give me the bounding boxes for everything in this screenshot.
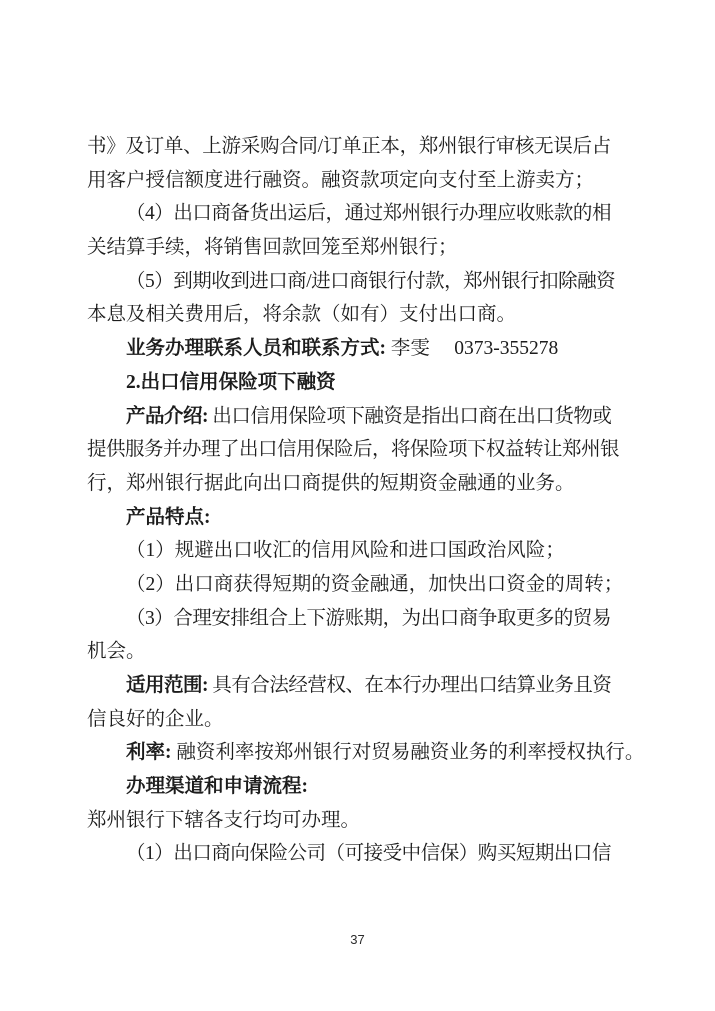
text-line: （3）合理安排组合上下游账期，为出口商争取更多的贸易 [87, 602, 611, 636]
text-line-inner: （1）规避出口收汇的信用风险和进口国政治风险； [126, 540, 565, 561]
text-segment-bold: 办理渠道和申请流程: [126, 776, 308, 797]
text-line: 关结算手续，将销售回款回笼至郑州银行； [87, 231, 611, 265]
text-line: （2）出口商获得短期的资金融通，加快出口资金的周转； [87, 568, 611, 602]
text-segment: 出口信用保险项下融资是指出口商在出口货物或 [208, 406, 611, 427]
text-segment-bold: 适用范围: [126, 675, 208, 696]
text-line-inner: 产品介绍: 出口信用保险项下融资是指出口商在出口货物或 [126, 406, 611, 427]
text-line-inner: （1）出口商向保险公司（可接受中信保）购买短期出口信 [126, 843, 611, 864]
text-line: （1）出口商向保险公司（可接受中信保）购买短期出口信 [87, 837, 611, 871]
text-segment: （4）出口商备货出运后，通过郑州银行办理应收账款的相 [126, 203, 611, 224]
text-line: 用客户授信额度进行融资。融资款项定向支付至上游卖方； [87, 164, 611, 198]
text-segment-bold: 业务办理联系人员和联系方式: [126, 338, 386, 359]
text-line-inner: 利率: 融资利率按郑州银行对贸易融资业务的利率授权执行。 [126, 742, 644, 763]
text-line: 本息及相关费用后，将余款（如有）支付出口商。 [87, 298, 611, 332]
text-line-inner: 2.出口信用保险项下融资 [126, 372, 336, 393]
text-line-inner: 机会。 [87, 641, 146, 662]
text-segment: （5）到期收到进口商/进口商银行付款，郑州银行扣除融资 [126, 271, 615, 292]
text-segment: 郑州银行下辖各支行均可办理。 [87, 810, 360, 831]
text-segment: （1）出口商向保险公司（可接受中信保）购买短期出口信 [126, 843, 611, 864]
text-line-inner: （5）到期收到进口商/进口商银行付款，郑州银行扣除融资 [126, 271, 615, 292]
text-segment: 用客户授信额度进行融资。融资款项定向支付至上游卖方； [87, 170, 594, 191]
text-line-inner: 用客户授信额度进行融资。融资款项定向支付至上游卖方； [87, 170, 594, 191]
text-line: 产品特点: [87, 501, 611, 535]
text-line-inner: （2）出口商获得短期的资金融通，加快出口资金的周转； [126, 574, 623, 595]
document-page: 书》及订单、上游采购合同/订单正本，郑州银行审核无误后占用客户授信额度进行融资。… [0, 0, 715, 1011]
text-line: 信良好的企业。 [87, 703, 611, 737]
text-line: 2.出口信用保险项下融资 [87, 366, 611, 400]
text-line-inner: 提供服务并办理了出口信用保险后，将保险项下权益转让郑州银 [87, 439, 619, 460]
text-line-inner: 郑州银行下辖各支行均可办理。 [87, 810, 360, 831]
text-line: 机会。 [87, 635, 611, 669]
text-line: 利率: 融资利率按郑州银行对贸易融资业务的利率授权执行。 [87, 736, 611, 770]
text-segment: 本息及相关费用后，将余款（如有）支付出口商。 [87, 304, 516, 325]
text-line-inner: 适用范围: 具有合法经营权、在本行办理出口结算业务且资 [126, 675, 611, 696]
text-line: 适用范围: 具有合法经营权、在本行办理出口结算业务且资 [87, 669, 611, 703]
text-segment: 书》及订单、上游采购合同/订单正本，郑州银行审核无误后占 [87, 136, 611, 157]
text-line: 产品介绍: 出口信用保险项下融资是指出口商在出口货物或 [87, 400, 611, 434]
text-segment-bold: 利率: [126, 742, 172, 763]
page-number: 37 [350, 932, 364, 947]
text-line-inner: 信良好的企业。 [87, 709, 224, 730]
document-content: 书》及订单、上游采购合同/订单正本，郑州银行审核无误后占用客户授信额度进行融资。… [87, 130, 611, 871]
text-line-inner: 行，郑州银行据此向出口商提供的短期资金融通的业务。 [87, 473, 575, 494]
text-line: 办理渠道和申请流程: [87, 770, 611, 804]
text-line-inner: （4）出口商备货出运后，通过郑州银行办理应收账款的相 [126, 203, 611, 224]
text-segment-bold: 2.出口信用保险项下融资 [126, 372, 336, 393]
text-segment-bold: 产品特点: [126, 507, 211, 528]
text-line-inner: 产品特点: [126, 507, 211, 528]
text-segment: 具有合法经营权、在本行办理出口结算业务且资 [208, 675, 611, 696]
text-segment: （3）合理安排组合上下游账期，为出口商争取更多的贸易 [126, 608, 611, 629]
text-line-inner: 书》及订单、上游采购合同/订单正本，郑州银行审核无误后占 [87, 136, 611, 157]
text-line: 提供服务并办理了出口信用保险后，将保险项下权益转让郑州银 [87, 433, 611, 467]
text-segment: 行，郑州银行据此向出口商提供的短期资金融通的业务。 [87, 473, 575, 494]
text-segment: （1）规避出口收汇的信用风险和进口国政治风险； [126, 540, 565, 561]
text-line: （1）规避出口收汇的信用风险和进口国政治风险； [87, 534, 611, 568]
text-line-inner: 业务办理联系人员和联系方式: 李雯 0373-355278 [126, 338, 558, 359]
text-segment: 关结算手续，将销售回款回笼至郑州银行； [87, 237, 458, 258]
text-segment: 提供服务并办理了出口信用保险后，将保险项下权益转让郑州银 [87, 439, 619, 460]
text-segment: 融资利率按郑州银行对贸易融资业务的利率授权执行。 [172, 742, 645, 763]
text-line-inner: 办理渠道和申请流程: [126, 776, 308, 797]
page-footer: 37 [0, 931, 715, 949]
text-line: （4）出口商备货出运后，通过郑州银行办理应收账款的相 [87, 197, 611, 231]
text-line-inner: 关结算手续，将销售回款回笼至郑州银行； [87, 237, 458, 258]
text-line: 郑州银行下辖各支行均可办理。 [87, 804, 611, 838]
text-segment: 信良好的企业。 [87, 709, 224, 730]
text-line: （5）到期收到进口商/进口商银行付款，郑州银行扣除融资 [87, 265, 611, 299]
text-line-inner: （3）合理安排组合上下游账期，为出口商争取更多的贸易 [126, 608, 611, 629]
text-line: 书》及订单、上游采购合同/订单正本，郑州银行审核无误后占 [87, 130, 611, 164]
text-segment: （2）出口商获得短期的资金融通，加快出口资金的周转； [126, 574, 623, 595]
text-line: 业务办理联系人员和联系方式: 李雯 0373-355278 [87, 332, 611, 366]
text-segment: 机会。 [87, 641, 146, 662]
text-line-inner: 本息及相关费用后，将余款（如有）支付出口商。 [87, 304, 516, 325]
text-segment-bold: 产品介绍: [126, 406, 208, 427]
text-segment: 李雯 0373-355278 [386, 338, 558, 359]
text-line: 行，郑州银行据此向出口商提供的短期资金融通的业务。 [87, 467, 611, 501]
